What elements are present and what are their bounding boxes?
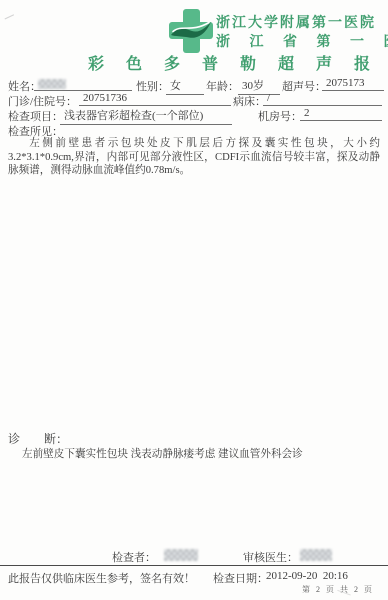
ultrasound-no-value: 2075173 [322, 77, 384, 91]
opd-no-value: 20751736 [79, 92, 231, 106]
redacted-reviewer-signature-blur [300, 549, 332, 561]
bed-label: 病床： [233, 93, 266, 109]
redacted-name-blur [38, 79, 66, 89]
exam-item-value: 浅表器官彩超检查(一个部位) [60, 107, 232, 125]
exam-date-label: 检查日期： [213, 570, 268, 586]
hospital-name-line2: 浙 江 省 第 一 医 院 [216, 31, 388, 51]
findings-text: 左侧前壁患者示包块处皮下肌层后方探及囊实性包块，大小约3.2*3.1*0.9cm… [8, 137, 380, 178]
hospital-cross-logo-icon [168, 8, 214, 54]
scan-artifact-mark [5, 14, 18, 26]
examiner-label: 检查者： [112, 549, 156, 565]
exam-date-value: 2012-09-20 20:16 [266, 570, 348, 582]
room-no-label: 机房号： [258, 108, 302, 124]
diagnosis-heading: 诊 断： [8, 430, 68, 447]
hospital-name-line1: 浙江大学附属第一医院 [216, 12, 376, 32]
diagnosis-text: 左前壁皮下囊实性包块 浅表动静脉瘘考虑 建议血管外科会诊 [22, 446, 382, 461]
page-number-info: 第 2 页 共 2 页 [302, 584, 374, 595]
name-value-field [34, 77, 132, 91]
report-title: 彩 色 多 普 勒 超 声 报 告 [88, 51, 388, 74]
room-no-value: 2 [300, 107, 382, 121]
redacted-examiner-signature-blur [164, 549, 198, 561]
bed-value: / [263, 92, 382, 106]
disclaimer-text: 此报告仅供临床医生参考，签名有效！ [8, 570, 195, 586]
exam-item-label: 检查项目： [8, 108, 63, 124]
ultrasound-report-page: 浙江大学附属第一医院 浙 江 省 第 一 医 院 彩 色 多 普 勒 超 声 报… [0, 0, 388, 600]
footer-divider [0, 565, 388, 566]
reviewer-label: 审核医生： [243, 549, 298, 565]
